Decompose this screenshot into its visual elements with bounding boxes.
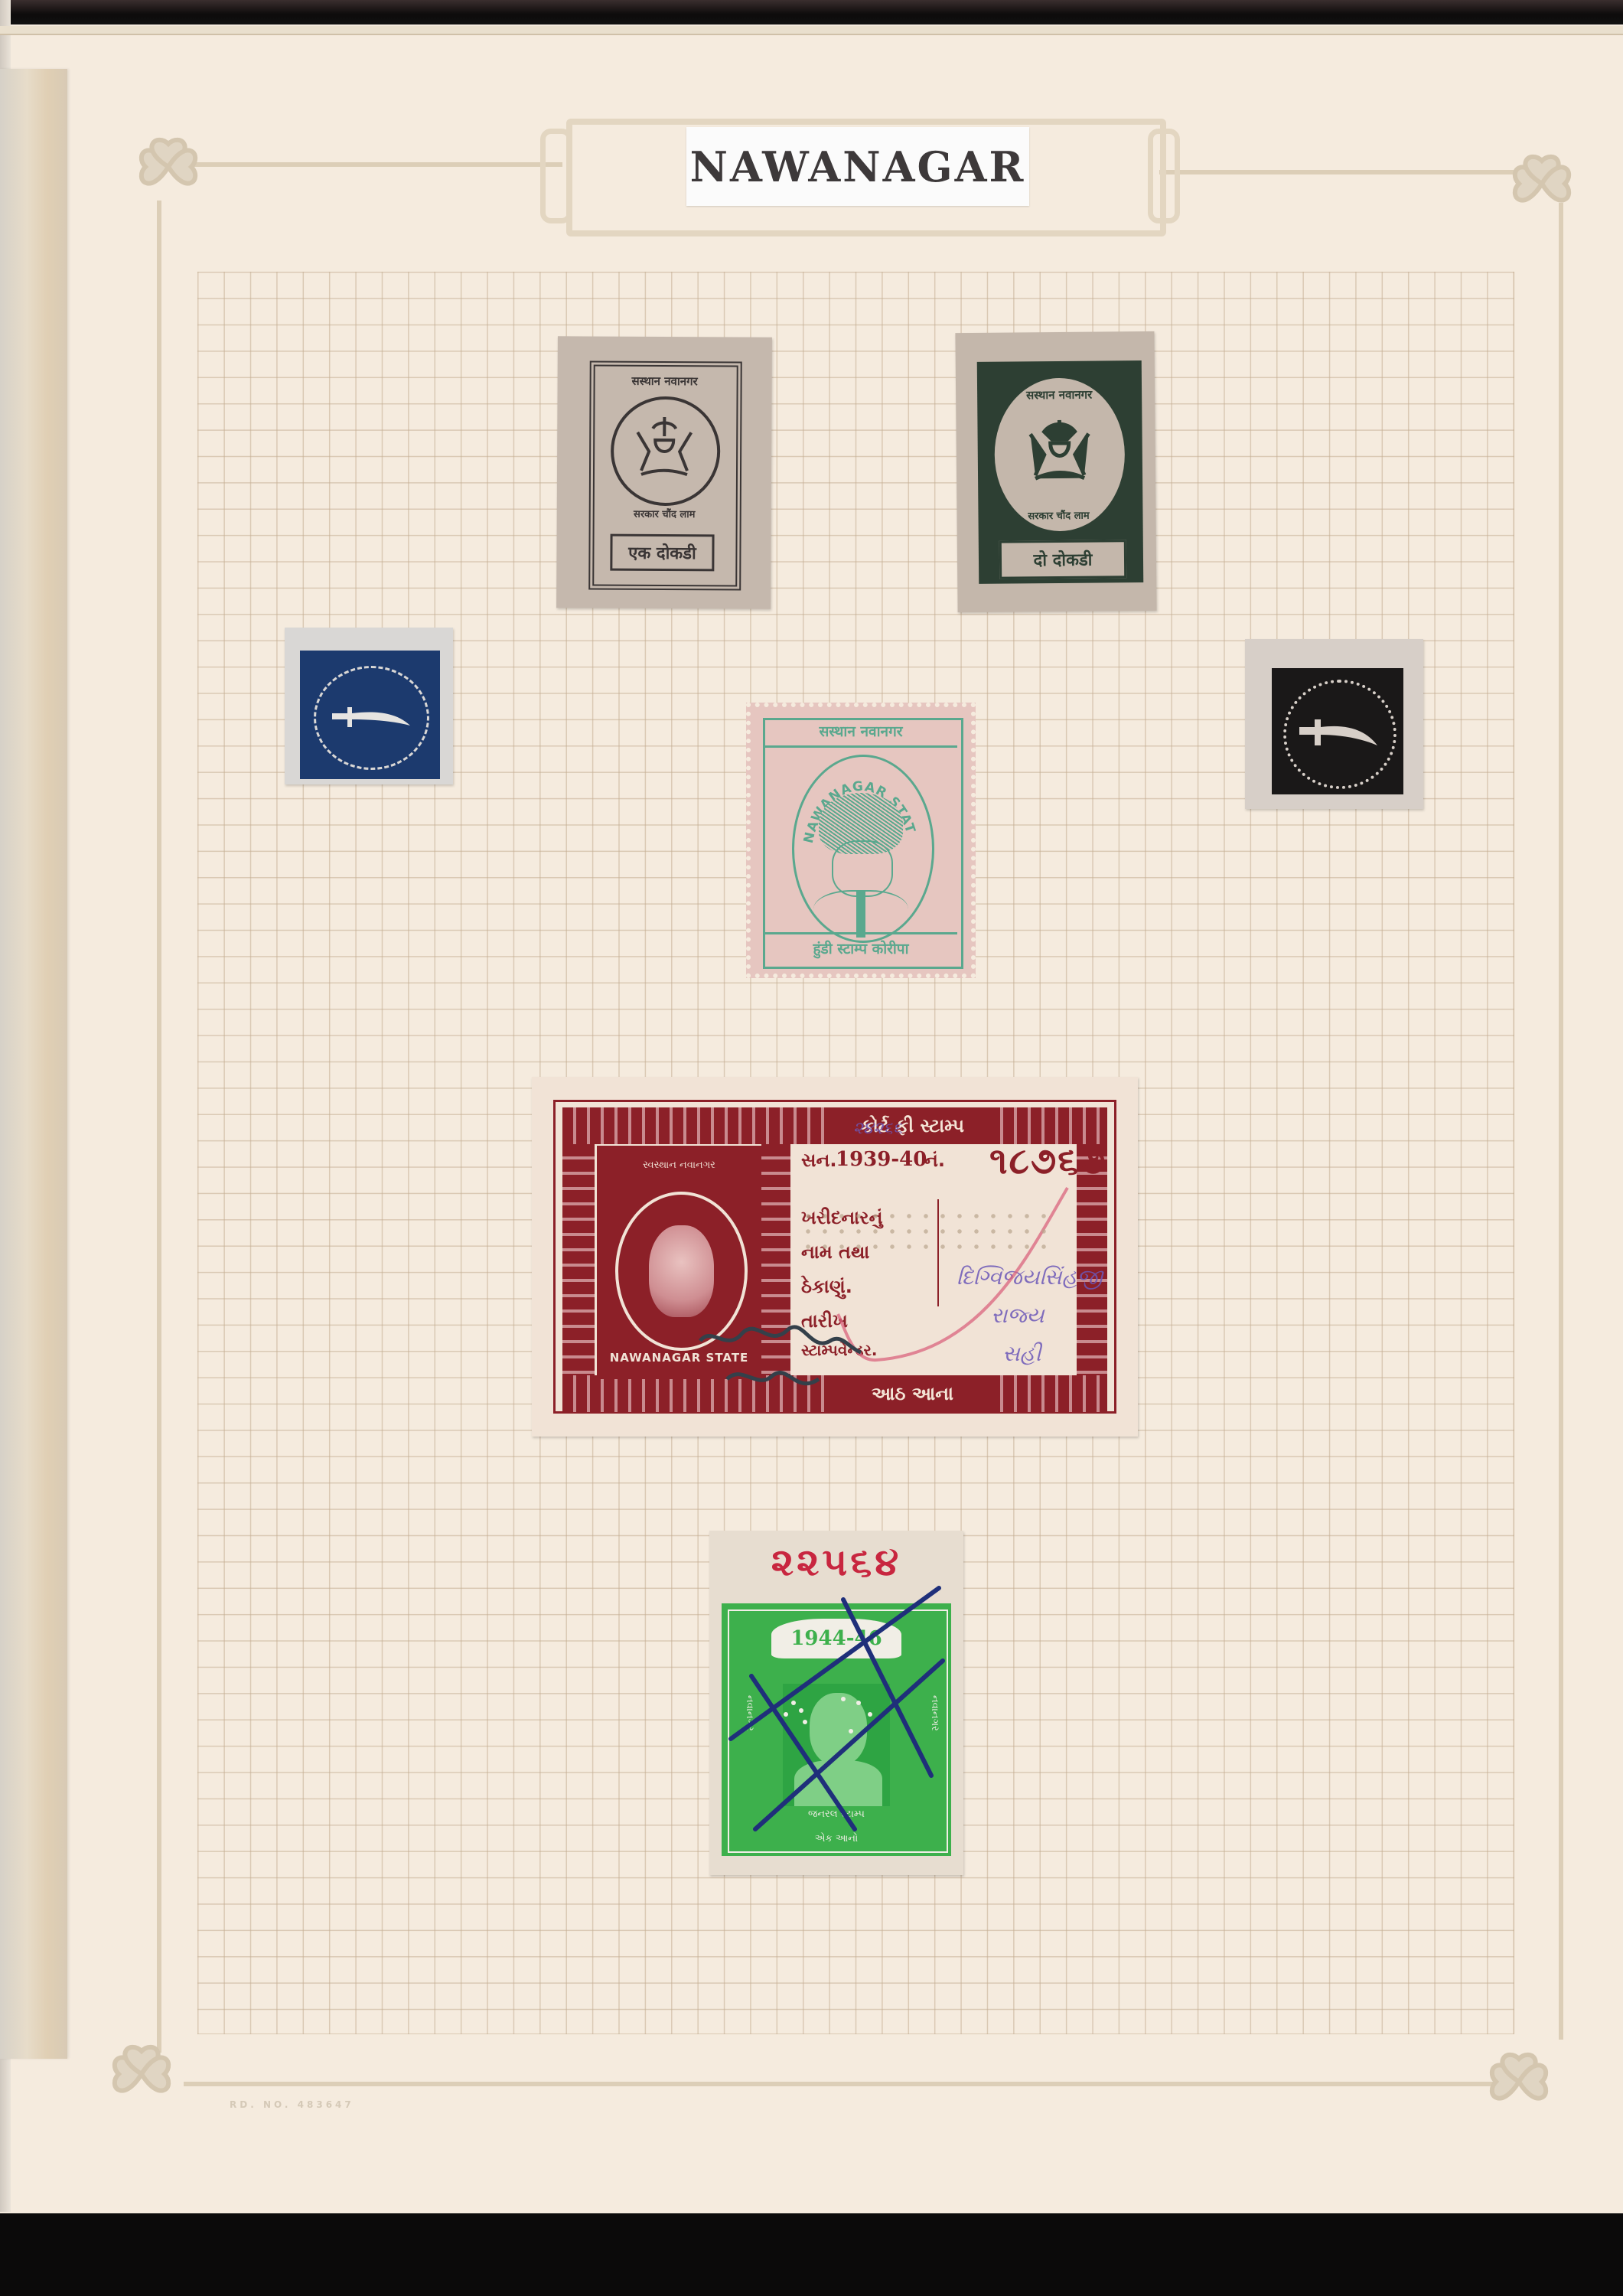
court-fee-header: કોર્ટ ફી સ્ટામ્પ	[826, 1107, 999, 1144]
country-title-label: NAWANAGAR	[686, 127, 1029, 206]
portrait-bust	[813, 890, 908, 938]
page-binding-edge	[0, 69, 67, 2059]
clover-ornament-icon	[103, 2036, 180, 2112]
stamp-dagger-blue[interactable]	[285, 628, 453, 784]
stamp-dagger-black[interactable]	[1245, 639, 1423, 809]
manuscript-number: ૨૪૨૬૬	[853, 1119, 902, 1138]
clover-ornament-icon	[1481, 2043, 1557, 2120]
stamp-coat-of-arms-black[interactable]: सस्थान नवानगर सरकार चौंद लाम एक दोकडी	[556, 336, 772, 608]
pen-cancel-cross-icon	[709, 1531, 963, 1875]
registration-number: RD. NO. 483647	[230, 2099, 354, 2110]
court-fee-serial: ૧૮૭૬૭	[989, 1140, 1107, 1183]
coat-of-arms-icon	[1021, 413, 1098, 490]
left-ornament-column	[562, 1144, 595, 1375]
stamp-general-green-cancelled[interactable]: ૨૨૫૬૪ 1944-46 નવાનગર નવાનગર જનરલ સ્ટામ્પ…	[709, 1531, 963, 1875]
manuscript-cancel	[696, 1310, 872, 1402]
top-rule	[0, 26, 1623, 35]
stamp-portrait-nawanagar-state[interactable]: सस्थान नवानगर NAWANAGAR STATE हुंडी स्टा…	[746, 703, 976, 978]
clover-ornament-icon	[130, 129, 207, 205]
coat-of-arms-icon	[626, 409, 703, 487]
cartouche-ear-right	[1148, 129, 1180, 223]
cartouche-ear-left	[540, 129, 572, 223]
clover-ornament-icon	[1504, 145, 1580, 222]
perforated-initials	[800, 1208, 1052, 1258]
country-title: NAWANAGAR	[690, 142, 1026, 191]
stamp-coat-of-arms-green[interactable]: सस्थान नवानगर सरकार चौंद लाम दो दोकडी	[955, 331, 1156, 612]
portrait-image	[649, 1225, 714, 1317]
stamp-court-fee[interactable]: કોર્ટ ફી સ્ટામ્પ આઠ આના સ્વસ્થાન નવાનગર …	[532, 1077, 1138, 1437]
album-bottom-edge	[0, 2213, 1623, 2296]
portrait-face	[832, 840, 893, 897]
